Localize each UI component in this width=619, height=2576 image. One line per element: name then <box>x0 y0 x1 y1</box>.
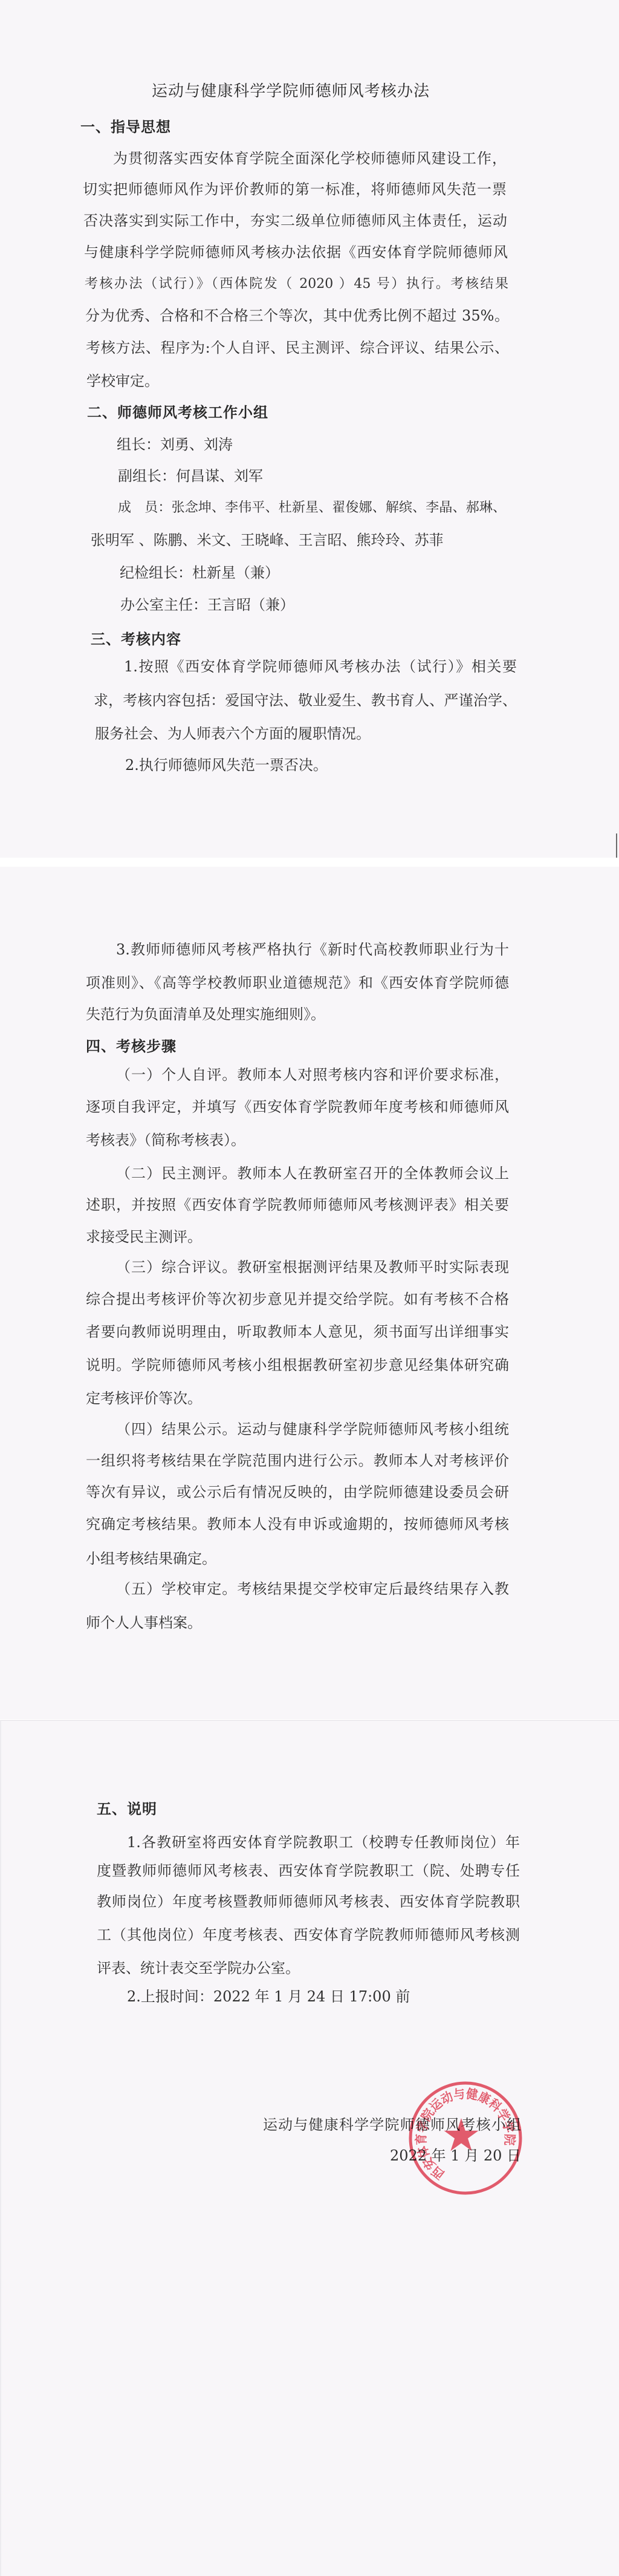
text-line: 为贯彻落实西安体育学院全面深化学校师德师风建设工作， <box>113 148 507 169</box>
text-line: （二）民主测评。教师本人在教研室召开的全体教师会议上 <box>116 1162 509 1184</box>
text-line: 3.教师师德师风考核严格执行《新时代高校教师职业行为十 <box>116 939 509 960</box>
text-line: 考核方法、程序为:个人自评、民主测评、综合评议、结果公示、 <box>86 337 509 359</box>
text-line: 综合提出考核评价等次初步意见并提交给学院。如有考核不合格 <box>86 1288 509 1310</box>
deadline-line: 2.上报时间：2022 年 1 月 24 日 17:00 前 <box>127 1986 410 2007</box>
official-seal: 西安体育学院运动与健康科学学院 <box>405 2078 526 2199</box>
star-icon <box>444 2118 478 2151</box>
members-line: 成 员：张念坤、李伟平、杜新星、翟俊娜、解缤、李晶、郝琳、 <box>118 497 506 519</box>
text-line: （五）学校审定。考核结果提交学校审定后最终结果存入教 <box>116 1578 509 1600</box>
text-line: 失范行为负面清单及处理实施细则》。 <box>86 1003 325 1025</box>
section-heading: 五、说明 <box>97 1798 157 1820</box>
section-heading: 一、指导思想 <box>80 116 171 138</box>
text-line: （四）结果公示。运动与健康科学学院师德师风考核小组统 <box>116 1418 509 1440</box>
group-leader-line: 组长：刘勇、刘涛 <box>117 434 233 455</box>
text-line: 说明。学院师德师风考核小组根据教研室初步意见经集体研究确 <box>86 1354 509 1376</box>
discipline-leader-line: 纪检组长：杜新星（兼） <box>120 562 279 584</box>
office-director-line: 办公室主任：王言昭（兼） <box>120 594 294 616</box>
text-line: 分为优秀、合格和不合格三个等次，其中优秀比例不超过 35%。 <box>85 305 509 327</box>
text-line: 工（其他岗位）年度考核表、西安体育学院教师师德师风考核测 <box>97 1924 520 1946</box>
text-line: 学校审定。 <box>86 370 159 392</box>
text-line: （一）个人自评。教师本人对照考核内容和评价要求标准， <box>116 1064 509 1086</box>
section-heading: 三、考核内容 <box>91 628 181 650</box>
text-line: 者要向教师说明理由，听取教师本人意见，须书面写出详细事实 <box>86 1321 509 1343</box>
text-line: 服务社会、为人师表六个方面的履职情况。 <box>95 723 371 745</box>
document-page-3: 五、说明 1.各教研室将西安体育学院教职工（校聘专任教师岗位）年 度暨教师师德师… <box>0 1720 619 2576</box>
document-title: 运动与健康科学学院师德师风考核办法 <box>152 79 429 103</box>
text-line: 师个人人事档案。 <box>86 1612 202 1634</box>
text-line: 1.按照《西安体育学院师德师风考核办法（试行）》相关要 <box>124 656 517 677</box>
text-line: 逐项自我评定，并填写《西安体育学院教师年度考核和师德师风 <box>86 1096 509 1118</box>
text-line: 求，考核内容包括：爱国守法、敬业爱生、教书育人、严谨治学、 <box>94 690 517 711</box>
text-line: 切实把师德师风作为评价教师的第一标准，将师德师风失范一票 <box>83 178 507 200</box>
text-line: 等次有异议，或公示后有情况反映的，由学院师德建设委员会研 <box>86 1481 509 1503</box>
text-line: 1.各教研室将西安体育学院教职工（校聘专任教师岗位）年 <box>127 1831 520 1853</box>
text-line: 项准则》、《高等学校教师职业道德规范》和《西安体育学院师德 <box>86 972 509 994</box>
text-line: 定考核评价等次。 <box>86 1387 202 1409</box>
section-heading: 二、师德师风考核工作小组 <box>87 402 268 423</box>
text-line: （三）综合评议。教研室根据测评结果及教师平时实际表现 <box>116 1256 509 1278</box>
text-line: 小组考核结果确定。 <box>86 1548 216 1570</box>
text-line: 教师岗位）年度考核暨教师师德师风考核表、西安体育学院教职 <box>97 1891 520 1912</box>
text-line: 究确定考核结果。教师本人没有申诉或逾期的，按师德师风考核 <box>86 1513 509 1535</box>
text-line: 述职，并按照《西安体育学院教师师德师风考核测评表》相关要 <box>86 1194 509 1216</box>
text-line: 与健康科学学院师德师风考核办法依据《西安体育学院师德师风 <box>84 241 508 263</box>
text-line: 否决落实到实际工作中，夯实二级单位师德师风主体责任，运动 <box>83 210 507 232</box>
text-line: 考核办法（试行）》（西体院发（ 2020 ）45 号）执行。考核结果 <box>85 273 508 295</box>
text-line: 一组织将考核结果在学院范围内进行公示。教师本人对考核评价 <box>86 1450 509 1472</box>
text-line: 评表、统计表交至学院办公室。 <box>97 1957 300 1979</box>
members-line: 张明军 、陈鹏、米文、王晓峰、王言昭、熊玲玲、苏菲 <box>91 529 444 551</box>
scan-edge-mark <box>616 833 617 858</box>
deputy-leader-line: 副组长：何昌谋、刘军 <box>118 465 263 487</box>
text-line: 考核表》（简称考核表）。 <box>86 1129 245 1151</box>
text-line: 2.执行师德师风失范一票否决。 <box>125 754 328 776</box>
text-line: 度暨教师师德师风考核表、西安体育学院教职工（院、处聘专任 <box>97 1860 520 1882</box>
document-page-2: 3.教师师德师风考核严格执行《新时代高校教师职业行为十 项准则》、《高等学校教师… <box>0 867 619 1720</box>
document-page-1: 运动与健康科学学院师德师风考核办法 一、指导思想 为贯彻落实西安体育学院全面深化… <box>0 0 619 858</box>
section-heading: 四、考核步骤 <box>86 1035 177 1057</box>
text-line: 求接受民主测评。 <box>86 1226 202 1248</box>
